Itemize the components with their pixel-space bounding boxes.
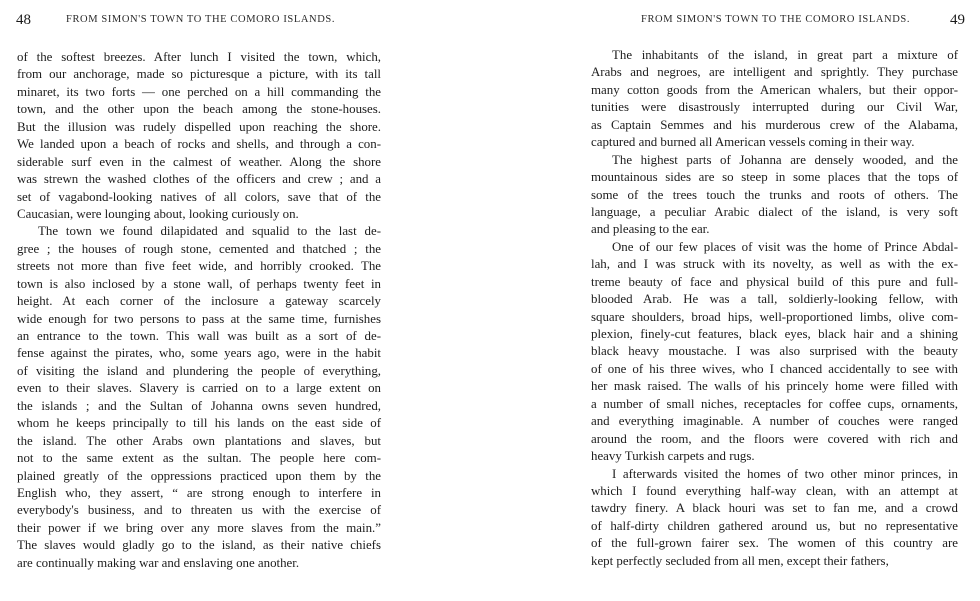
text-line: and pleasing to the ear. xyxy=(591,221,958,238)
text-line: lah, and I was struck with its novelty, … xyxy=(591,256,958,273)
text-line: One of our few places of visit was the h… xyxy=(591,239,958,256)
paragraph: of the softest breezes. After lunch I vi… xyxy=(17,49,381,223)
text-line: kept perfectly secluded from all men, ex… xyxy=(591,553,958,570)
text-line: minaret, its two forts — one perched on … xyxy=(17,84,381,101)
paragraph: The town we found dilapidated and squali… xyxy=(17,223,381,572)
text-line: gree ; the houses of rough stone, cement… xyxy=(17,241,381,258)
paragraph: The highest parts of Johanna are densely… xyxy=(591,152,958,239)
page-number: 48 xyxy=(16,12,31,29)
text-line: heavy Turkish carpets and rugs. xyxy=(591,448,958,465)
running-head: FROM SIMON'S TOWN TO THE COMORO ISLANDS. xyxy=(641,14,910,32)
text-line: their power if we bring over any more sl… xyxy=(17,520,381,537)
text-line: We landed upon a beach of rocks and shel… xyxy=(17,136,381,153)
text-line: a number of small niches, receptacles fo… xyxy=(591,396,958,413)
text-line: But the illusion was rudely dispelled up… xyxy=(17,119,381,136)
text-line: of the softest breezes. After lunch I vi… xyxy=(17,49,381,66)
running-head: FROM SIMON'S TOWN TO THE COMORO ISLANDS. xyxy=(66,14,335,32)
text-line: plained greatly of the oppressions pract… xyxy=(17,468,381,485)
text-line: English who, they assert, “ are strong e… xyxy=(17,485,381,502)
text-line: I afterwards visited the homes of two ot… xyxy=(591,466,958,483)
text-line: whom he keeps principally to till his la… xyxy=(17,415,381,432)
text-line: plexion, finely-cut features, black eyes… xyxy=(591,326,958,343)
text-line: mountainous sides are so steep in some p… xyxy=(591,169,958,186)
left-page: 48 FROM SIMON'S TOWN TO THE COMORO ISLAN… xyxy=(0,0,490,601)
text-line: Caucasian, were lounging about, looking … xyxy=(17,206,381,223)
text-line: everybody's business, and to threaten us… xyxy=(17,502,381,519)
text-line: town, and the other upon the beach among… xyxy=(17,101,381,118)
text-line: captured and burned all American vessels… xyxy=(591,134,958,151)
text-line: The slaves would gladly go to the island… xyxy=(17,537,381,554)
text-line: her mask raised. The walls of his prince… xyxy=(591,378,958,395)
text-line: fense against the pirates, who, some yea… xyxy=(17,345,381,362)
text-line: an entrance to the town. This wall was b… xyxy=(17,328,381,345)
text-line: The highest parts of Johanna are densely… xyxy=(591,152,958,169)
text-line: streets not more than five feet wide, an… xyxy=(17,258,381,275)
text-line: around the room, and the floors were cov… xyxy=(591,431,958,448)
text-line: height. At each corner of the inclosure … xyxy=(17,293,381,310)
text-line: the islands ; and the Sultan of Johanna … xyxy=(17,398,381,415)
page-number: 49 xyxy=(950,12,965,29)
paragraph: I afterwards visited the homes of two ot… xyxy=(591,466,958,571)
text-line: tunities were disastrously interrupted d… xyxy=(591,99,958,116)
text-line: The inhabitants of the island, in great … xyxy=(591,47,958,64)
paragraph: The inhabitants of the island, in great … xyxy=(591,47,958,152)
body-text: of the softest breezes. After lunch I vi… xyxy=(17,49,381,572)
text-line: not to the same extent as the sultan. Th… xyxy=(17,450,381,467)
text-line: language, a peculiar Arabic dialect of t… xyxy=(591,204,958,221)
text-line: from our anchorage, made so picturesque … xyxy=(17,66,381,83)
text-line: many cotton goods from the American whal… xyxy=(591,82,958,99)
text-line: the island. The other Arabs own plantati… xyxy=(17,433,381,450)
text-line: was strewn the washed clothes of the off… xyxy=(17,171,381,188)
text-line: wide enough for two persons to pass at t… xyxy=(17,311,381,328)
text-line: as Captain Semmes and his murderous crew… xyxy=(591,117,958,134)
text-line: of the full-grown fairer sex. The women … xyxy=(591,535,958,552)
paragraph: One of our few places of visit was the h… xyxy=(591,239,958,466)
text-line: siderable surf even in the calmest of we… xyxy=(17,154,381,171)
text-line: of visiting the island and plundering th… xyxy=(17,363,381,380)
text-line: even to their slaves. Slavery is carried… xyxy=(17,380,381,397)
body-text: The inhabitants of the island, in great … xyxy=(591,47,958,570)
text-line: black heavy moustache. I was also surpri… xyxy=(591,343,958,360)
text-line: Arabs and negroes, are intelligent and s… xyxy=(591,64,958,81)
text-line: town is also inclosed by a stone wall, o… xyxy=(17,276,381,293)
text-line: treme beauty of face and physical build … xyxy=(591,274,958,291)
text-line: square shoulders, broad hips, well-propo… xyxy=(591,309,958,326)
text-line: and everything imaginable. A number of c… xyxy=(591,413,958,430)
text-line: of one of his three wives, who I chanced… xyxy=(591,361,958,378)
text-line: of half-dirty children gathered around u… xyxy=(591,518,958,535)
text-line: which I found everything half-way clean,… xyxy=(591,483,958,500)
text-line: blooded Arab. He was a tall, soldierly-l… xyxy=(591,291,958,308)
text-line: The town we found dilapidated and squali… xyxy=(17,223,381,240)
text-line: some of the trees touch the trunks and r… xyxy=(591,187,958,204)
text-line: are continually making war and enslaving… xyxy=(17,555,381,572)
right-page: FROM SIMON'S TOWN TO THE COMORO ISLANDS.… xyxy=(490,0,980,601)
text-line: tawdry finery. A black houri was set to … xyxy=(591,500,958,517)
text-line: set of vagabond-looking natives of all c… xyxy=(17,189,381,206)
